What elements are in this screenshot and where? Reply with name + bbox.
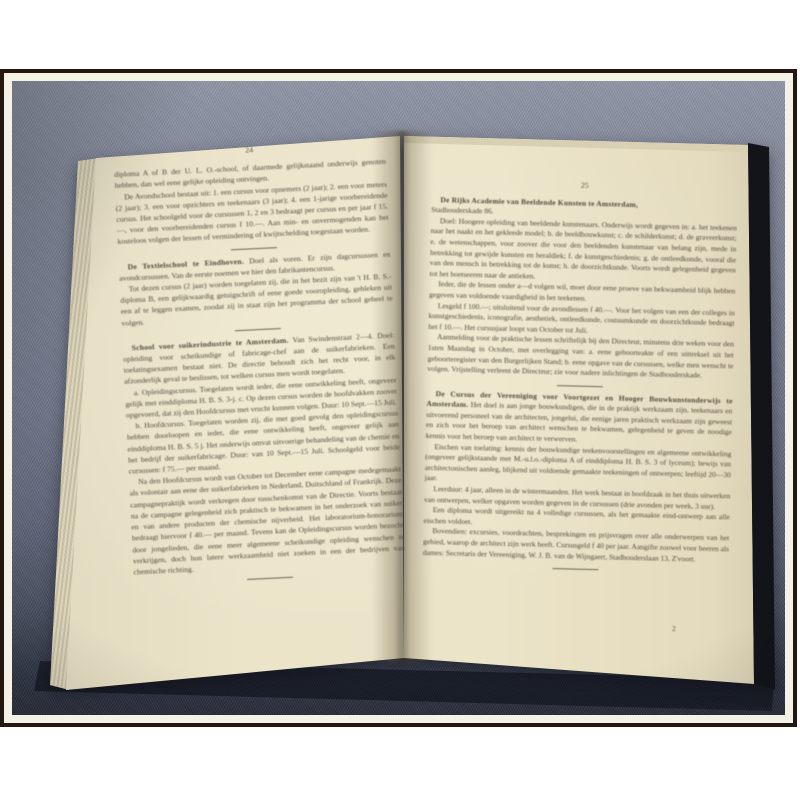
open-book: 24 diploma A of B der U. L. O.-school, o… (12, 81, 785, 715)
signature-mark: 2 (672, 624, 676, 633)
paragraph: Na den Hoofdcursus wordt van October tot… (129, 464, 406, 578)
right-page-text: 25 De Rijks Academie van Beeldende Kunst… (422, 177, 738, 580)
section-paragraph: De Cursus der Vereeniging voor Voortgeze… (426, 389, 733, 449)
photo-frame: 24 diploma A of B der U. L. O.-school, o… (0, 69, 797, 727)
section-divider (557, 385, 603, 387)
section-divider (231, 247, 277, 250)
book-photograph: 24 diploma A of B der U. L. O.-school, o… (12, 81, 785, 715)
section-divider (247, 577, 293, 580)
paragraph: Eischen van toelating: kennis der bouwku… (424, 442, 731, 492)
paragraph: Aanmelding voor de praktische lessen sch… (427, 332, 734, 382)
paragraph: Bovendien: excursies, voordrachten, besp… (423, 526, 730, 565)
section-divider (552, 568, 598, 570)
section-divider (235, 328, 281, 331)
paragraph: Doel: Hoogere opleiding van beeldende ku… (429, 216, 736, 287)
section-subheading: Stadhouderskade 86. (431, 205, 494, 216)
section-body: Het doel is aan jonge bouwkundigen, die … (426, 400, 733, 443)
left-page-text: 24 diploma A of B der U. L. O.-school, o… (113, 138, 406, 592)
